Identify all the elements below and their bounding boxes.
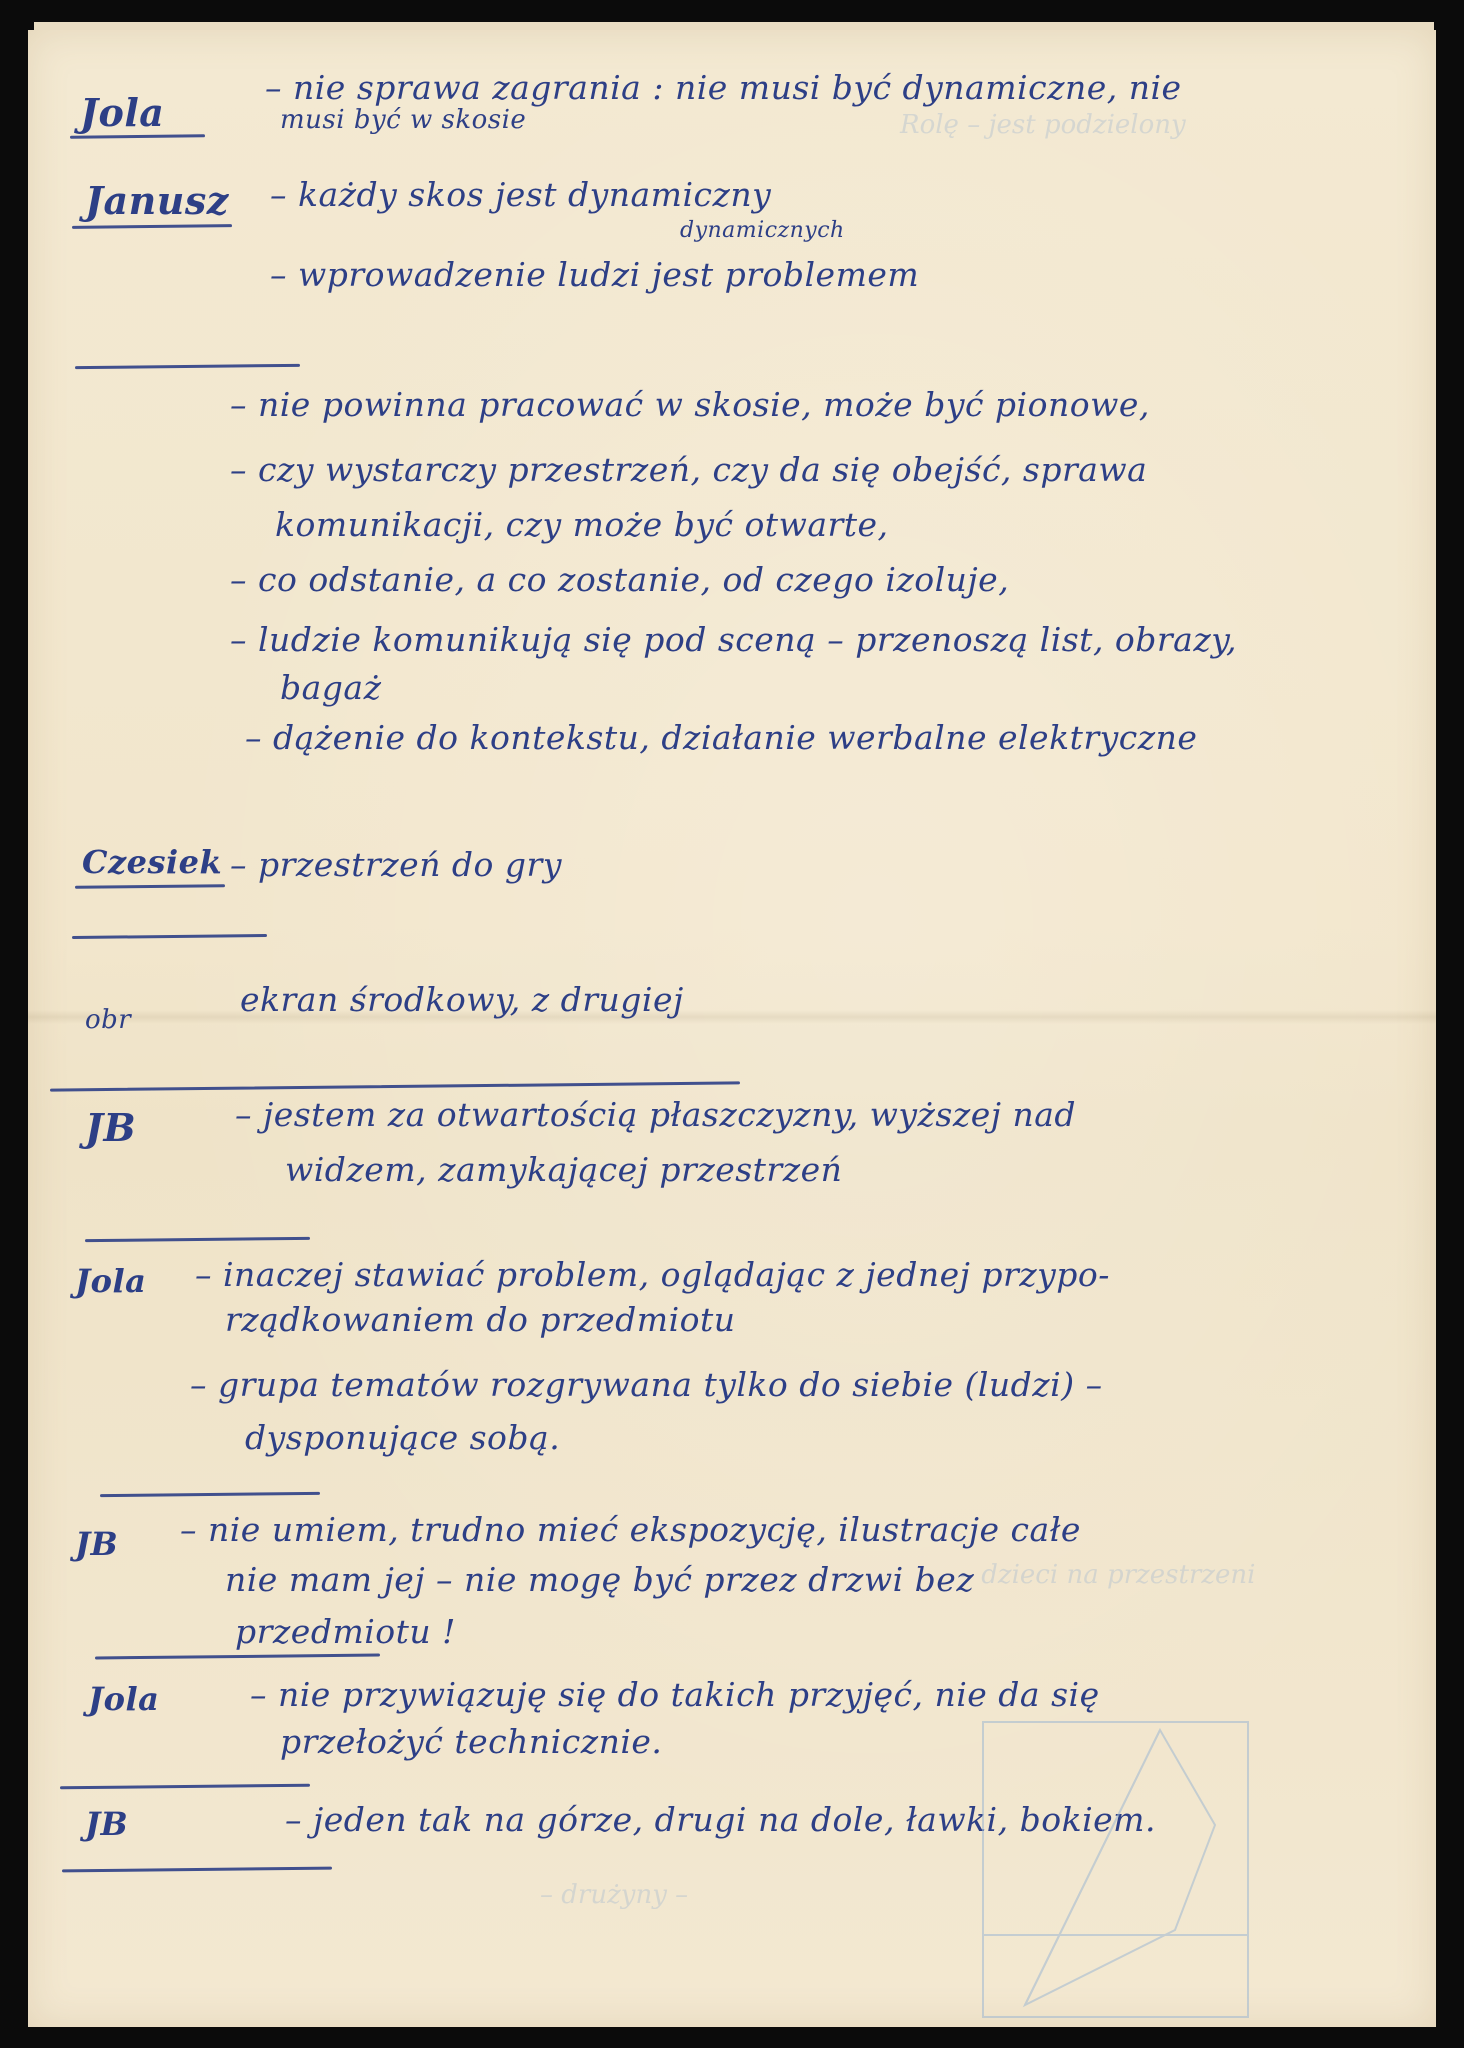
margin-note: obr	[85, 1005, 131, 1035]
note-line: – ludzie komunikują się pod sceną – prze…	[230, 620, 1237, 659]
speaker-name: Janusz	[85, 178, 229, 223]
bleed-through-text: – drużyny –	[540, 1880, 688, 1910]
note-line: – jestem za otwartością płaszczyzny, wyż…	[235, 1095, 1076, 1134]
speaker-name: Jola	[80, 90, 164, 135]
note-line: – grupa tematów rozgrywana tylko do sieb…	[190, 1365, 1103, 1404]
note-line: – przestrzeń do gry	[230, 845, 562, 884]
speaker-name: Jola	[75, 1262, 146, 1300]
note-line: przedmiotu !	[235, 1612, 456, 1651]
speaker-name: JB	[85, 1805, 128, 1843]
note-line: – inaczej stawiać problem, oglądając z j…	[195, 1255, 1110, 1294]
note-line: – nie przywiązuję się do takich przyjęć,…	[250, 1675, 1100, 1714]
note-line: – wprowadzenie ludzi jest problemem	[270, 255, 919, 294]
note-line: – nie sprawa zagrania : nie musi być dyn…	[265, 68, 1182, 107]
note-line: nie mam jej – nie mogę być przez drzwi b…	[225, 1560, 974, 1599]
note-line: komunikacji, czy może być otwarte,	[275, 505, 889, 544]
note-line: musi być w skosie	[280, 105, 526, 135]
speaker-name: JB	[85, 1105, 136, 1150]
note-line: – każdy skos jest dynamiczny	[270, 175, 771, 214]
note-line: – czy wystarczy przestrzeń, czy da się o…	[230, 450, 1147, 489]
note-line: ekran środkowy, z drugiej	[240, 980, 684, 1019]
note-line: – co odstanie, a co zostanie, od czego i…	[230, 560, 1009, 599]
note-line: – dążenie do kontekstu, działanie werbal…	[245, 718, 1197, 757]
bleed-through-text: Rolę – jest podzielony	[900, 110, 1186, 140]
speaker-name: Jola	[88, 1680, 159, 1718]
pencil-sketch-icon	[975, 1720, 1255, 2025]
insertion-note: dynamicznych	[680, 218, 845, 243]
note-line: – nie powinna pracować w skosie, może by…	[230, 385, 1150, 424]
note-line: dysponujące sobą.	[245, 1418, 560, 1457]
speaker-name: JB	[75, 1525, 118, 1563]
speaker-name: Czesiek	[82, 843, 222, 881]
note-line: – nie umiem, trudno mieć ekspozycję, ilu…	[180, 1510, 1081, 1549]
note-line: przełożyć technicznie.	[280, 1722, 662, 1761]
note-line: widzem, zamykającej przestrzeń	[285, 1150, 842, 1189]
note-line: bagaż	[280, 668, 381, 707]
bleed-through-text: – dzieci na przestrzeni	[960, 1560, 1255, 1590]
note-line: rządkowaniem do przedmiotu	[225, 1300, 736, 1339]
